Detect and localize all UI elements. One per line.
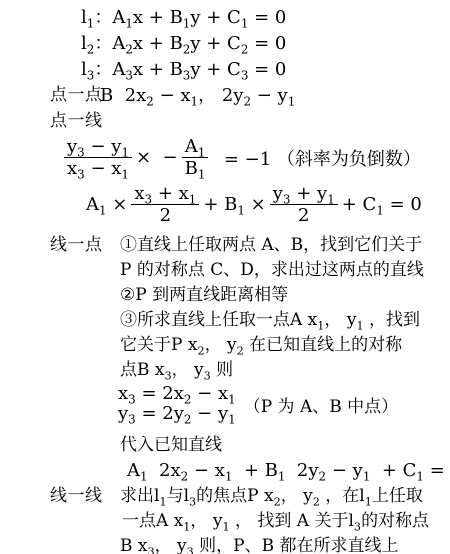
row-line-point-4: ③所求直线上任取一点A x1， y1 ，找到: [0, 308, 450, 333]
row-line-point-6: 点B x3， y3 则: [0, 358, 450, 383]
subscript: 1: [87, 17, 95, 31]
subscript: 3: [354, 520, 361, 533]
line-content: 点B x3， y3 则: [120, 360, 233, 380]
subscript: 2: [181, 470, 189, 484]
subscript: 3: [145, 193, 153, 207]
equation-l2: l2：A2x + B2y + C2 = 0: [0, 31, 450, 57]
row-point-line: 点一线: [0, 109, 450, 134]
fraction-numerator: A1: [182, 136, 209, 158]
subscript: 1: [125, 17, 133, 31]
line-content: B x3， y3 则，P、B 都在所求直线上: [120, 536, 399, 554]
fraction: x3 + x12: [131, 183, 199, 226]
document: l1：A1x + B1y + C1 = 0l2：A2x + B2y + C2 =…: [0, 0, 450, 554]
line-content: ③所求直线上任取一点A x1， y1 ，找到: [120, 310, 420, 330]
line-content: 一点A x1， y1 ， 找到 A 关于l3的对称点: [122, 511, 429, 531]
subscript: 3: [77, 168, 85, 182]
math-fragment: A1 ×: [86, 194, 127, 215]
line-content: 它关于P x2， y2 在已知直线上的对称: [120, 335, 402, 355]
subscript: 1: [278, 470, 286, 484]
line-content: ②P 到两直线距离相等: [120, 285, 288, 305]
subscript: 1: [237, 204, 245, 218]
fraction: A1B1: [182, 136, 209, 179]
fraction-denominator: 2: [131, 205, 199, 226]
subscript: 2: [243, 95, 251, 109]
fraction-denominator: B1: [182, 158, 209, 179]
subscript: 1: [183, 17, 191, 31]
line-content: B 2x2 − x1， 2y2 − y1: [100, 85, 295, 106]
math-fragment: + C1 = 0: [342, 194, 422, 215]
substituted-equation: A1 2x2 − x1 + B1 2y2 − y1 + C1 = 0: [0, 458, 450, 484]
row-line-point-5: 它关于P x2， y2 在已知直线上的对称: [0, 333, 450, 358]
row-line-line-1: 线一线求出l1与l3的焦点P x2， y2 ，在l1上任取: [0, 484, 450, 509]
subscript: 1: [356, 319, 363, 332]
row-label: 点一线: [50, 109, 103, 134]
subscript: 2: [319, 470, 327, 484]
equation-line: y3 = 2y2 − y1: [118, 404, 236, 424]
equation-system: x3 = 2x2 − x1y3 = 2y2 − y1: [118, 384, 236, 424]
row-label: 点一点: [50, 83, 103, 108]
subscript: 1: [365, 495, 372, 508]
fraction: y3 − y1x3 − x1: [64, 136, 132, 179]
line-content: l1：A1x + B1y + C1 = 0: [81, 7, 286, 28]
equation-l1: l1：A1x + B1y + C1 = 0: [0, 5, 450, 31]
subscript: 2: [146, 95, 154, 109]
line-content: l3：A3x + B3y + C3 = 0: [81, 59, 286, 80]
subscript: 1: [198, 168, 206, 182]
math-fragment: = −1 （斜率为负倒数）: [212, 145, 421, 171]
subscript: 1: [140, 470, 148, 484]
subscript: 1: [225, 470, 233, 484]
subscript: 3: [87, 69, 95, 83]
equation-line: x3 = 2x2 − x1: [118, 384, 236, 404]
subscript: 2: [87, 43, 95, 57]
subscript: 3: [164, 369, 171, 382]
subscript: 1: [222, 520, 229, 533]
row-line-line-2: 一点A x1， y1 ， 找到 A 关于l3的对称点: [0, 509, 450, 534]
fraction-numerator: y3 − y1: [64, 136, 132, 158]
row-line-line-3: B x3， y3 则，P、B 都在所求直线上: [0, 534, 450, 554]
subscript: 1: [99, 204, 107, 218]
subscript: 1: [183, 520, 190, 533]
math-fragment: + B1 ×: [203, 194, 265, 215]
line-content: A1 2x2 − x1 + B1 2y2 − y1 + C1 = 0: [127, 460, 450, 481]
subscript: 1: [288, 95, 296, 109]
subscript: 1: [121, 168, 129, 182]
symmetric-point-system: x3 = 2x2 − x1y3 = 2y2 − y1（P 为 A、B 中点）: [0, 383, 450, 425]
fraction-numerator: y3 + y1: [270, 183, 338, 205]
subscript: 3: [128, 413, 136, 427]
subscript: 2: [313, 495, 320, 508]
subscript: 3: [283, 193, 291, 207]
subscript: 1: [327, 193, 335, 207]
fraction-denominator: x3 − x1: [64, 158, 132, 179]
row-line-point-1: 线一点①直线上任取两点 A、B，找到它们关于: [0, 233, 450, 258]
subscript: 1: [241, 17, 249, 31]
substitute-into-line: 代入已知直线: [0, 433, 450, 458]
equation-l3: l3：A3x + B3y + C3 = 0: [0, 57, 450, 83]
subscript: 1: [376, 204, 384, 218]
line-content: P 的对称点 C、D，求出过这两点的直线: [120, 260, 424, 280]
subscript: 2: [237, 344, 244, 357]
subscript: 1: [317, 319, 324, 332]
subscript: 3: [187, 545, 194, 554]
subscript: 1: [363, 470, 371, 484]
line-content: 代入已知直线: [120, 435, 222, 455]
row-line-point-3: ②P 到两直线距离相等: [0, 283, 450, 308]
subscript: 2: [184, 413, 192, 427]
fraction-denominator: 2: [270, 205, 338, 226]
fraction: y3 + y12: [270, 183, 338, 226]
subscript: 3: [183, 69, 191, 83]
perpendicular-slope-condition: y3 − y1x3 − x1× −A1B1 = −1 （斜率为负倒数）: [0, 134, 450, 181]
row-line-point-2: P 的对称点 C、D，求出过这两点的直线: [0, 258, 450, 283]
subscript: 1: [159, 495, 166, 508]
subscript: 1: [191, 95, 199, 109]
midpoint-on-line-condition: A1 ×x3 + x12+ B1 ×y3 + y12+ C1 = 0: [0, 181, 450, 228]
subscript: 2: [125, 43, 133, 57]
subscript: 3: [147, 545, 154, 554]
math-fragment: × −: [136, 147, 178, 168]
line-content: 求出l1与l3的焦点P x2， y2 ，在l1上任取: [120, 486, 423, 506]
system-note: （P 为 A、B 中点）: [244, 392, 398, 417]
row-label: 线一点: [50, 233, 103, 258]
subscript: 1: [189, 193, 197, 207]
subscript: 3: [204, 369, 211, 382]
line-content: l2：A2x + B2y + C2 = 0: [81, 33, 286, 54]
subscript: 3: [189, 495, 196, 508]
subscript: 2: [274, 495, 281, 508]
subscript: 1: [228, 413, 236, 427]
row-point-point: 点一点B 2x2 − x1， 2y2 − y1: [0, 83, 450, 109]
row-label: 线一线: [50, 484, 103, 509]
line-content: ①直线上任取两点 A、B，找到它们关于: [120, 235, 422, 255]
subscript: 1: [416, 470, 424, 484]
subscript: 2: [183, 43, 191, 57]
subscript: 2: [241, 43, 249, 57]
subscript: 3: [125, 69, 133, 83]
subscript: 2: [197, 344, 204, 357]
fraction-numerator: x3 + x1: [131, 183, 199, 205]
subscript: 3: [241, 69, 249, 83]
